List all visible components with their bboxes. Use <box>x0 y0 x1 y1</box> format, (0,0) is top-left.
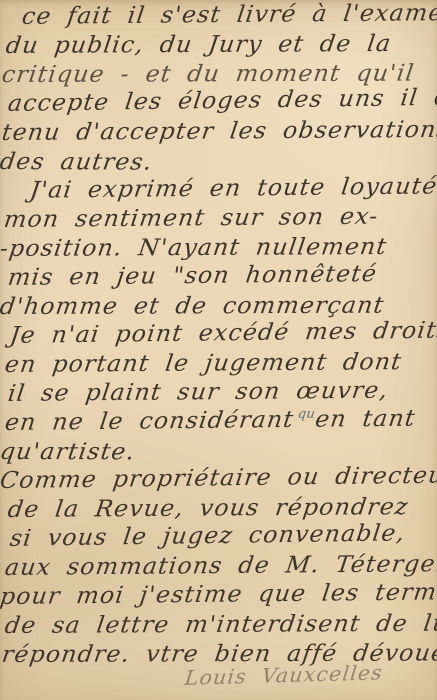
signature-text: Louis Vauxcelles <box>184 660 385 690</box>
handwriting-line: si vous le jugez convenable, <box>0 520 437 555</box>
line-text-pre: en ne le considérant <box>3 407 295 436</box>
line-text: des autres. <box>0 149 154 176</box>
line-text: il se plaint sur son œuvre, <box>6 378 390 407</box>
line-text: en ne le considérantquen tant <box>3 406 417 436</box>
handwriting-line: Je n'ai point excédé mes droits <box>0 318 437 352</box>
line-text: ce fait il s'est livré à l'examen <box>20 0 437 30</box>
line-text: de sa lettre m'interdisent de lui <box>3 611 437 639</box>
handwriting-line: de sa lettre m'interdisent de lui <box>0 611 437 642</box>
letter-text-block: ce fait il s'est livré à l'examen du pub… <box>0 4 437 700</box>
line-text: qu'artiste. <box>0 439 137 465</box>
line-text: pour moi j'estime que les termes <box>0 579 437 610</box>
handwriting-line-with-insertion: en ne le considérantquen tant <box>0 405 437 439</box>
line-text: J'ai exprimé en toute loyauté <box>28 173 437 203</box>
line-text: Je n'ai point excédé mes droits <box>8 317 437 348</box>
handwriting-line: du public, du Jury et de la <box>0 31 437 62</box>
line-text: de la Revue, vous répondrez <box>6 494 410 523</box>
handwriting-line: ce fait il s'est livré à l'examen <box>0 0 437 33</box>
handwriting-line: accepte les éloges des uns il est <box>0 85 437 120</box>
inline-insertion-qu: qu <box>297 407 316 422</box>
line-text: mis en jeu "son honnêteté <box>6 261 378 291</box>
handwriting-line: mon sentiment sur son ex- <box>0 203 437 236</box>
handwriting-line: aux sommations de M. Téterger <box>0 551 437 584</box>
handwriting-line: il se plaint sur son œuvre, <box>0 377 437 410</box>
line-text: critique - et du moment qu'il <box>0 61 416 88</box>
handwriting-line: en portant le jugement dont <box>0 349 437 381</box>
line-text: tenu d'accepter les observations <box>0 117 437 146</box>
line-text: aux sommations de M. Téterger <box>3 551 437 581</box>
line-text: accepte les éloges des uns il est <box>6 84 437 117</box>
handwriting-line: mis en jeu "son honnêteté <box>0 260 437 294</box>
line-text-post: en tant <box>314 406 418 433</box>
line-text: mon sentiment sur son ex- <box>2 204 380 233</box>
line-text: en portant le jugement dont <box>3 349 403 378</box>
handwriting-line: Comme propriétaire ou directeur <box>0 463 437 497</box>
letter-page: ce fait il s'est livré à l'examen du pub… <box>0 0 437 700</box>
handwriting-line: pour moi j'estime que les termes <box>0 579 437 613</box>
line-text: si vous le jugez convenable, <box>8 520 406 552</box>
line-text: -position. N'ayant nullement <box>0 234 389 262</box>
line-text: du public, du Jury et de la <box>4 31 393 59</box>
line-text: Comme propriétaire ou directeur <box>0 462 437 494</box>
handwriting-line-paragraph-start: J'ai exprimé en toute loyauté <box>0 173 437 207</box>
line-text: d'homme et de commerçant <box>0 293 386 320</box>
handwriting-line: tenu d'accepter les observations <box>0 117 437 149</box>
